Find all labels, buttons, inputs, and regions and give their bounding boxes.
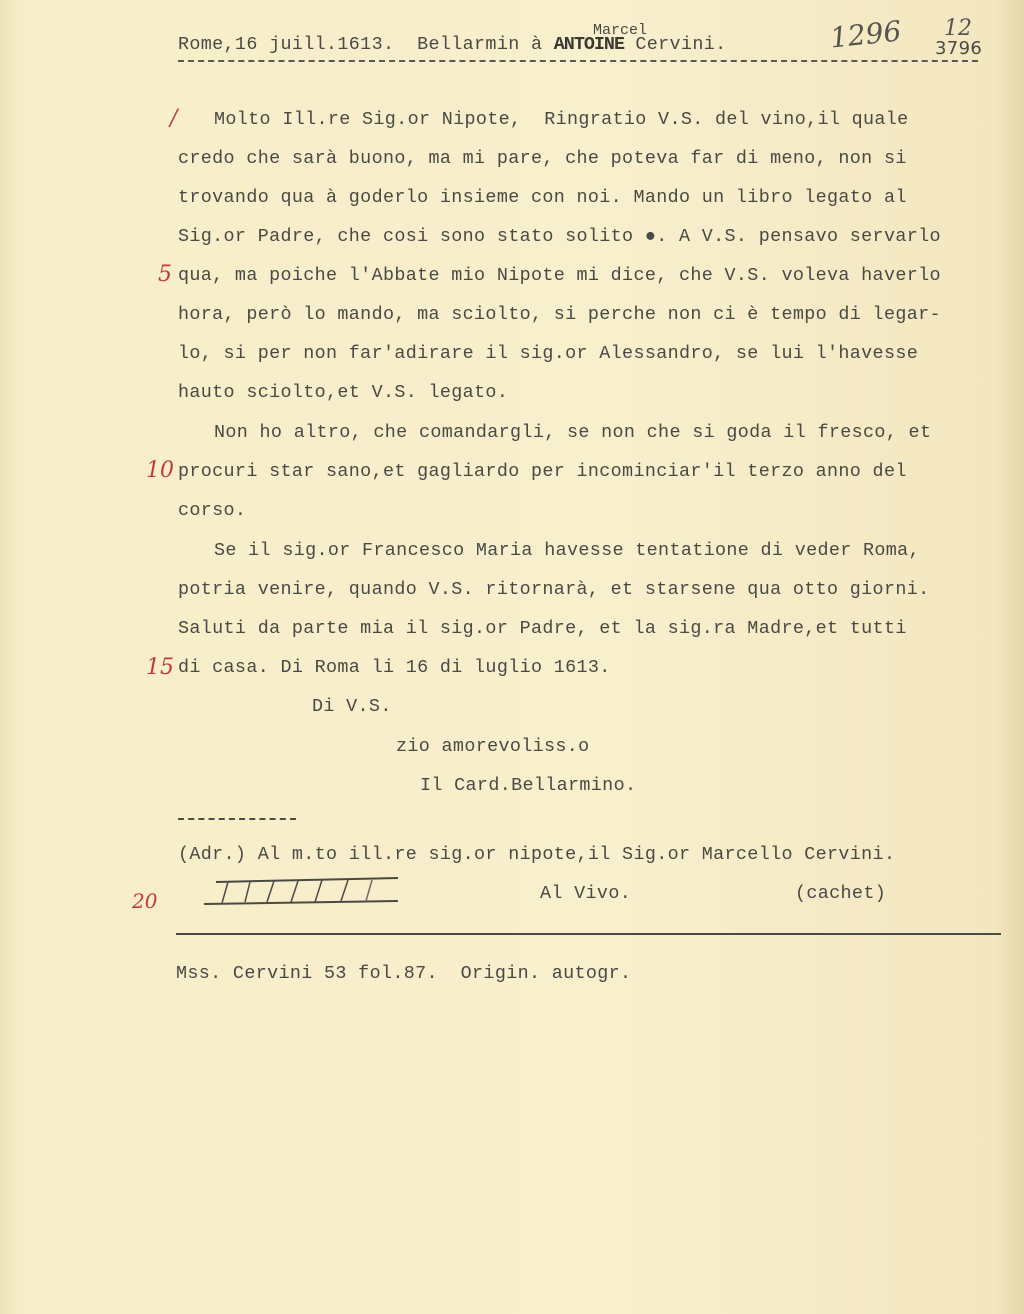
header-divider — [178, 60, 978, 62]
overwritten-word: Marcel — [593, 20, 647, 42]
body-line: qua, ma poiche l'Abbate mio Nipote mi di… — [178, 265, 941, 287]
body-line: trovando qua à goderlo insieme con noi. … — [178, 187, 907, 209]
body-line: corso. — [178, 500, 246, 522]
cachet-text: (cachet) — [795, 883, 886, 905]
margin-number-15: 15 — [146, 655, 174, 680]
seal-stamp-icon — [200, 872, 400, 912]
address-separator — [178, 818, 296, 820]
handwritten-number: 1296 — [828, 14, 902, 54]
body-line: credo che sarà buono, ma mi pare, che po… — [178, 148, 907, 170]
closing-salutation: Di V.S. — [312, 696, 392, 718]
body-line: hauto sciolto,et V.S. legato. — [178, 382, 508, 404]
body-line: lo, si per non far'adirare il sig.or Ale… — [178, 343, 918, 365]
body-line: potria venire, quando V.S. ritornarà, et… — [178, 579, 930, 601]
margin-number-1: / — [170, 106, 177, 131]
body-line: Molto Ill.re Sig.or Nipote, Ringratio V.… — [214, 109, 909, 131]
body-line: Saluti da parte mia il sig.or Padre, et … — [178, 618, 907, 640]
al-vivo-text: Al Vivo. — [540, 883, 631, 905]
source-citation: Mss. Cervini 53 fol.87. Origin. autogr. — [176, 963, 631, 985]
body-line: di casa. Di Roma li 16 di luglio 1613. — [178, 657, 611, 679]
closing-signature: Il Card.Bellarmino. — [420, 775, 636, 797]
margin-number-10: 10 — [146, 458, 174, 483]
margin-number-5: 5 — [158, 262, 172, 287]
address-line: (Adr.) Al m.to ill.re sig.or nipote,il S… — [178, 844, 895, 866]
closing-relation: zio amorevoliss.o — [396, 736, 590, 758]
body-line: hora, però lo mando, ma sciolto, si perc… — [178, 304, 941, 326]
document-page: Rome,16 juill.1613. Bellarmin à ANTOINE … — [0, 0, 1024, 1314]
header-prefix: Rome,16 juill.1613. Bellarmin à — [178, 34, 554, 55]
footer-rule — [176, 933, 1001, 935]
body-line: Se il sig.or Francesco Maria havesse ten… — [214, 540, 920, 562]
folio-bottom: 3796 — [935, 38, 982, 60]
margin-number-20: 20 — [132, 889, 157, 913]
body-line: procuri star sano,et gagliardo per incom… — [178, 461, 907, 483]
body-line: Sig.or Padre, che cosi sono stato solito… — [178, 226, 941, 248]
body-line: Non ho altro, che comandargli, se non ch… — [214, 422, 931, 444]
